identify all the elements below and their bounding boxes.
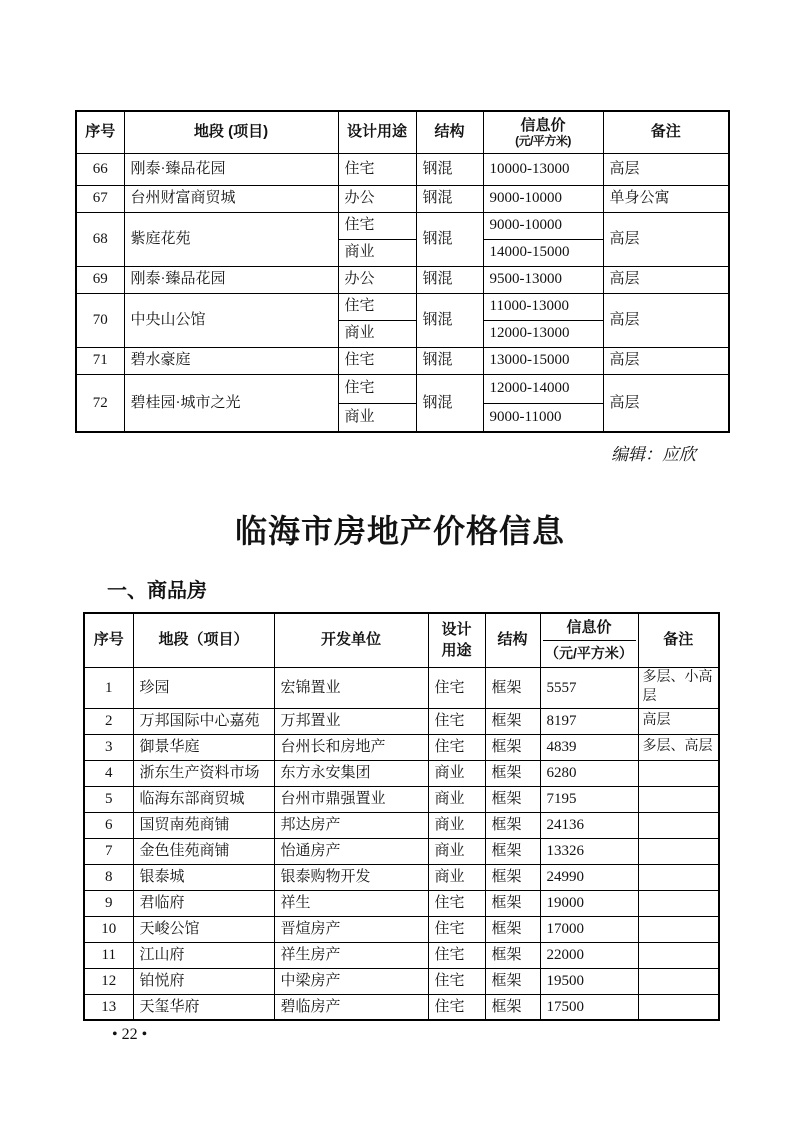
table-row-12: 12 铂悦府 中梁房产 住宅 框架 19500 <box>84 968 719 994</box>
table-row-68: 68 紫庭花苑 住宅 钢混 9000-10000 高层 <box>76 212 729 239</box>
use-cell: 住宅 <box>338 347 416 374</box>
structure-cell: 框架 <box>485 760 540 786</box>
price-cell: 9000-10000 <box>483 185 603 212</box>
use-cell: 商业 <box>338 320 416 347</box>
price-cell: 4839 <box>540 734 638 760</box>
structure-cell: 框架 <box>485 942 540 968</box>
col-header-use: 设计 用途 <box>428 613 485 668</box>
use-cell: 住宅 <box>428 708 485 734</box>
use-cell: 商业 <box>428 812 485 838</box>
developer-cell: 祥生 <box>274 890 428 916</box>
location-cell: 君临府 <box>133 890 274 916</box>
note-cell <box>638 812 719 838</box>
developer-cell: 银泰购物开发 <box>274 864 428 890</box>
page-number: • 22 • <box>112 1026 147 1044</box>
structure-cell: 钢混 <box>416 347 483 374</box>
use-cell: 住宅 <box>428 942 485 968</box>
col-header-note: 备注 <box>603 111 729 153</box>
col-header-structure: 结构 <box>485 613 540 668</box>
price-cell: 12000-14000 <box>483 374 603 403</box>
location-cell: 珍园 <box>133 668 274 709</box>
serial-cell: 12 <box>84 968 133 994</box>
developer-cell: 万邦置业 <box>274 708 428 734</box>
use-cell: 住宅 <box>338 212 416 239</box>
location-cell: 浙东生产资料市场 <box>133 760 274 786</box>
serial-cell: 1 <box>84 668 133 709</box>
developer-cell: 邦达房产 <box>274 812 428 838</box>
price-cell: 19500 <box>540 968 638 994</box>
location-cell: 刚泰·臻品花园 <box>124 153 338 185</box>
location-cell: 银泰城 <box>133 864 274 890</box>
price-cell: 17500 <box>540 994 638 1020</box>
serial-cell: 2 <box>84 708 133 734</box>
structure-cell: 框架 <box>485 916 540 942</box>
table-row-66: 66 刚泰·臻品花园 住宅 钢混 10000-13000 高层 <box>76 153 729 185</box>
serial-cell: 5 <box>84 786 133 812</box>
col-header-price: 信息价 （元/平方米） <box>540 613 638 668</box>
note-cell: 高层 <box>603 293 729 347</box>
note-cell <box>638 838 719 864</box>
table-row-71: 71 碧水豪庭 住宅 钢混 13000-15000 高层 <box>76 347 729 374</box>
structure-cell: 框架 <box>485 812 540 838</box>
serial-cell: 71 <box>76 347 124 374</box>
structure-cell: 框架 <box>485 838 540 864</box>
developer-cell: 碧临房产 <box>274 994 428 1020</box>
serial-cell: 4 <box>84 760 133 786</box>
structure-cell: 框架 <box>485 734 540 760</box>
col-header-location: 地段 (项目) <box>124 111 338 153</box>
use-cell: 住宅 <box>428 734 485 760</box>
table-row-70: 70 中央山公馆 住宅 钢混 11000-13000 高层 <box>76 293 729 320</box>
col-header-no: 序号 <box>84 613 133 668</box>
table-row-67: 67 台州财富商贸城 办公 钢混 9000-10000 单身公寓 <box>76 185 729 212</box>
price-header-line2: （元/平方米） <box>543 641 636 666</box>
serial-cell: 72 <box>76 374 124 432</box>
note-cell <box>638 864 719 890</box>
commercial-housing-table: 序号 地段（项目） 开发单位 设计 用途 结构 信息价 （元/平方米） 备注 1… <box>83 612 720 1021</box>
table-row-72: 72 碧桂园·城市之光 住宅 钢混 12000-14000 高层 <box>76 374 729 403</box>
price-header-line2: (元/平方米) <box>486 135 601 148</box>
structure-cell: 钢混 <box>416 266 483 293</box>
table-row-13: 13 天玺华府 碧临房产 住宅 框架 17500 <box>84 994 719 1020</box>
developer-cell: 晋煊房产 <box>274 916 428 942</box>
col-header-use: 设计用途 <box>338 111 416 153</box>
note-cell <box>638 916 719 942</box>
structure-cell: 框架 <box>485 994 540 1020</box>
note-cell: 单身公寓 <box>603 185 729 212</box>
col-header-developer: 开发单位 <box>274 613 428 668</box>
location-cell: 临海东部商贸城 <box>133 786 274 812</box>
developer-cell: 怡通房产 <box>274 838 428 864</box>
use-cell: 住宅 <box>338 293 416 320</box>
note-cell: 多层、高层 <box>638 734 719 760</box>
price-cell: 13000-15000 <box>483 347 603 374</box>
structure-cell: 框架 <box>485 786 540 812</box>
developer-cell: 台州市鼎强置业 <box>274 786 428 812</box>
location-cell: 万邦国际中心嘉苑 <box>133 708 274 734</box>
note-cell <box>638 760 719 786</box>
note-cell: 高层 <box>603 347 729 374</box>
note-cell: 多层、小高层 <box>638 668 719 709</box>
table-row-9: 9 君临府 祥生 住宅 框架 19000 <box>84 890 719 916</box>
price-cell: 9500-13000 <box>483 266 603 293</box>
table1-header-row: 序号 地段 (项目) 设计用途 结构 信息价 (元/平方米) 备注 <box>76 111 729 153</box>
price-header-line1: 信息价 <box>543 615 636 641</box>
col-header-location: 地段（项目） <box>133 613 274 668</box>
location-cell: 铂悦府 <box>133 968 274 994</box>
price-cell: 10000-13000 <box>483 153 603 185</box>
location-cell: 碧桂园·城市之光 <box>124 374 338 432</box>
price-cell: 12000-13000 <box>483 320 603 347</box>
use-cell: 商业 <box>428 786 485 812</box>
note-cell: 高层 <box>603 212 729 266</box>
serial-cell: 7 <box>84 838 133 864</box>
use-cell: 商业 <box>428 760 485 786</box>
use-cell: 办公 <box>338 266 416 293</box>
price-cell: 7195 <box>540 786 638 812</box>
location-cell: 紫庭花苑 <box>124 212 338 266</box>
col-header-no: 序号 <box>76 111 124 153</box>
price-cell: 17000 <box>540 916 638 942</box>
price-cell: 5557 <box>540 668 638 709</box>
table-row-8: 8 银泰城 银泰购物开发 商业 框架 24990 <box>84 864 719 890</box>
note-cell: 高层 <box>603 266 729 293</box>
price-cell: 9000-10000 <box>483 212 603 239</box>
price-cell: 24136 <box>540 812 638 838</box>
col-header-note: 备注 <box>638 613 719 668</box>
structure-cell: 钢混 <box>416 374 483 432</box>
developer-cell: 中梁房产 <box>274 968 428 994</box>
price-cell: 11000-13000 <box>483 293 603 320</box>
note-cell <box>638 890 719 916</box>
location-cell: 天峻公馆 <box>133 916 274 942</box>
location-cell: 御景华庭 <box>133 734 274 760</box>
serial-cell: 10 <box>84 916 133 942</box>
structure-cell: 钢混 <box>416 153 483 185</box>
table-row-10: 10 天峻公馆 晋煊房产 住宅 框架 17000 <box>84 916 719 942</box>
use-cell: 住宅 <box>428 668 485 709</box>
note-cell <box>638 994 719 1020</box>
price-cell: 8197 <box>540 708 638 734</box>
serial-cell: 68 <box>76 212 124 266</box>
developer-cell: 东方永安集团 <box>274 760 428 786</box>
use-cell: 住宅 <box>338 153 416 185</box>
structure-cell: 框架 <box>485 708 540 734</box>
serial-cell: 67 <box>76 185 124 212</box>
table-row-69: 69 刚泰·臻品花园 办公 钢混 9500-13000 高层 <box>76 266 729 293</box>
price-cell: 13326 <box>540 838 638 864</box>
note-cell <box>638 786 719 812</box>
table-row-1: 1 珍园 宏锦置业 住宅 框架 5557 多层、小高层 <box>84 668 719 709</box>
note-cell: 高层 <box>603 374 729 432</box>
use-cell: 住宅 <box>428 968 485 994</box>
structure-cell: 钢混 <box>416 212 483 266</box>
page-title: 临海市房地产价格信息 <box>0 506 800 552</box>
use-cell: 商业 <box>428 838 485 864</box>
structure-cell: 框架 <box>485 968 540 994</box>
use-cell: 办公 <box>338 185 416 212</box>
note-cell <box>638 942 719 968</box>
table2-header-row: 序号 地段（项目） 开发单位 设计 用途 结构 信息价 （元/平方米） 备注 <box>84 613 719 668</box>
serial-cell: 11 <box>84 942 133 968</box>
serial-cell: 8 <box>84 864 133 890</box>
use-cell: 住宅 <box>338 374 416 403</box>
serial-cell: 3 <box>84 734 133 760</box>
price-cell: 24990 <box>540 864 638 890</box>
note-cell: 高层 <box>603 153 729 185</box>
serial-cell: 69 <box>76 266 124 293</box>
price-cell: 9000-11000 <box>483 403 603 432</box>
structure-cell: 框架 <box>485 668 540 709</box>
serial-cell: 9 <box>84 890 133 916</box>
serial-cell: 66 <box>76 153 124 185</box>
price-cell: 22000 <box>540 942 638 968</box>
price-cell: 14000-15000 <box>483 239 603 266</box>
use-cell: 住宅 <box>428 890 485 916</box>
table-row-4: 4 浙东生产资料市场 东方永安集团 商业 框架 6280 <box>84 760 719 786</box>
note-cell: 高层 <box>638 708 719 734</box>
location-cell: 金色佳苑商铺 <box>133 838 274 864</box>
table-row-5: 5 临海东部商贸城 台州市鼎强置业 商业 框架 7195 <box>84 786 719 812</box>
location-cell: 中央山公馆 <box>124 293 338 347</box>
developer-cell: 祥生房产 <box>274 942 428 968</box>
note-cell <box>638 968 719 994</box>
col-header-structure: 结构 <box>416 111 483 153</box>
use-cell: 商业 <box>338 239 416 266</box>
developer-cell: 台州长和房地产 <box>274 734 428 760</box>
serial-cell: 70 <box>76 293 124 347</box>
use-cell: 商业 <box>428 864 485 890</box>
price-table-continued: 序号 地段 (项目) 设计用途 结构 信息价 (元/平方米) 备注 66 刚泰·… <box>75 110 730 433</box>
price-header-line1: 信息价 <box>486 117 601 135</box>
location-cell: 天玺华府 <box>133 994 274 1020</box>
table-row-6: 6 国贸南苑商铺 邦达房产 商业 框架 24136 <box>84 812 719 838</box>
table-row-7: 7 金色佳苑商铺 怡通房产 商业 框架 13326 <box>84 838 719 864</box>
serial-cell: 13 <box>84 994 133 1020</box>
use-cell: 住宅 <box>428 994 485 1020</box>
editor-credit: 编辑：应欣 <box>611 440 696 465</box>
structure-cell: 钢混 <box>416 293 483 347</box>
use-cell: 商业 <box>338 403 416 432</box>
structure-cell: 框架 <box>485 864 540 890</box>
table-row-2: 2 万邦国际中心嘉苑 万邦置业 住宅 框架 8197 高层 <box>84 708 719 734</box>
location-cell: 国贸南苑商铺 <box>133 812 274 838</box>
location-cell: 刚泰·臻品花园 <box>124 266 338 293</box>
table-row-11: 11 江山府 祥生房产 住宅 框架 22000 <box>84 942 719 968</box>
structure-cell: 钢混 <box>416 185 483 212</box>
serial-cell: 6 <box>84 812 133 838</box>
price-cell: 6280 <box>540 760 638 786</box>
developer-cell: 宏锦置业 <box>274 668 428 709</box>
location-cell: 碧水豪庭 <box>124 347 338 374</box>
price-cell: 19000 <box>540 890 638 916</box>
table-row-3: 3 御景华庭 台州长和房地产 住宅 框架 4839 多层、高层 <box>84 734 719 760</box>
col-header-price: 信息价 (元/平方米) <box>483 111 603 153</box>
structure-cell: 框架 <box>485 890 540 916</box>
section-heading: 一、商品房 <box>107 574 207 603</box>
use-cell: 住宅 <box>428 916 485 942</box>
location-cell: 台州财富商贸城 <box>124 185 338 212</box>
location-cell: 江山府 <box>133 942 274 968</box>
